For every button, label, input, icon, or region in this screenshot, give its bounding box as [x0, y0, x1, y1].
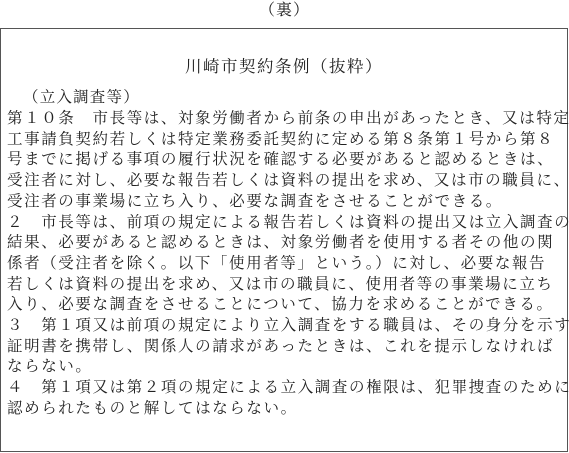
page-side-label: （裏） [0, 0, 569, 20]
article-10-paragraph-2: ２ 市長等は、前項の規定による報告若しくは資料の提出又は立入調査の 結果、必要が… [7, 212, 563, 316]
text-line: ４ 第１項又は第２項の規定による立入調査の権限は、犯罪捜査のために [24, 377, 563, 398]
text-line: 受注者の事業場に立ち入り、必要な調査をさせることができる。 [24, 191, 563, 212]
document-title: 川崎市契約条例（抜粋） [1, 57, 567, 77]
ordinance-body: 第１０条 市長等は、対象労働者から前条の申出があったとき、又は特定 工事請負契約… [7, 108, 563, 419]
text-line: 工事請負契約若しくは特定業務委託契約に定める第８条第１号から第８ [24, 129, 563, 150]
text-line: ３ 第１項又は前項の規定により立入調査をする職員は、その身分を示す [24, 315, 563, 336]
text-line: 若しくは資料の提出を求め、又は市の職員に、使用者等の事業場に立ち [24, 274, 563, 295]
section-heading: （立入調査等） [23, 87, 140, 107]
article-10-paragraph-1: 第１０条 市長等は、対象労働者から前条の申出があったとき、又は特定 工事請負契約… [7, 108, 563, 212]
text-line: 号までに掲げる事項の履行状況を確認する必要があると認めるときは、 [24, 149, 563, 170]
text-line: 結果、必要があると認めるときは、対象労働者を使用する者その他の関 [24, 232, 563, 253]
text-line: 受注者に対し、必要な報告若しくは資料の提出を求め、又は市の職員に、 [24, 170, 563, 191]
article-10-paragraph-3: ３ 第１項又は前項の規定により立入調査をする職員は、その身分を示す 証明書を携帯… [7, 315, 563, 377]
text-line: 認められたものと解してはならない。 [24, 398, 563, 419]
text-line: 入り、必要な調査をさせることについて、協力を求めることができる。 [24, 294, 563, 315]
text-line: ２ 市長等は、前項の規定による報告若しくは資料の提出又は立入調査の [24, 212, 563, 233]
text-line: 係者（受注者を除く。以下「使用者等」という。）に対し、必要な報告 [24, 253, 563, 274]
text-line: 第１０条 市長等は、対象労働者から前条の申出があったとき、又は特定 [24, 108, 563, 129]
text-line: ならない。 [24, 356, 563, 377]
text-line: 証明書を携帯し、関係人の請求があったときは、これを提示しなければ [24, 336, 563, 357]
article-10-paragraph-4: ４ 第１項又は第２項の規定による立入調査の権限は、犯罪捜査のために 認められたも… [7, 377, 563, 418]
ordinance-excerpt-box: 川崎市契約条例（抜粋） （立入調査等） 第１０条 市長等は、対象労働者から前条の… [0, 28, 568, 452]
